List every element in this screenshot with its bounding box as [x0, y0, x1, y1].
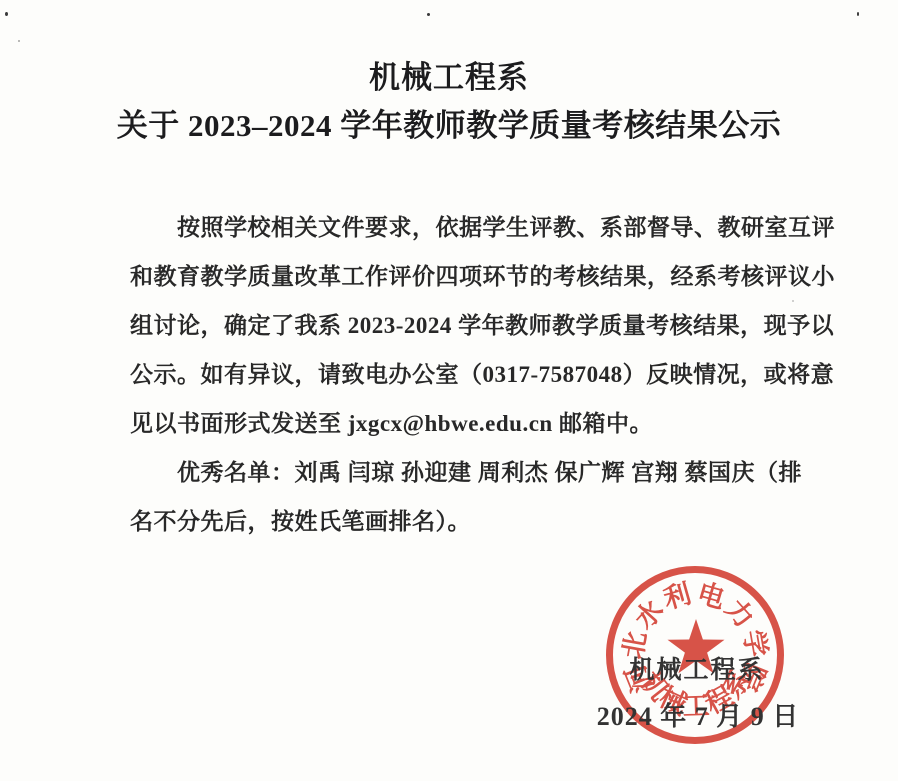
- scan-speck: [5, 12, 8, 16]
- body-text-line: 名不分先后，按姓氏笔画排名）。: [130, 497, 778, 546]
- body-text-line: 组讨论，确定了我系 2023-2024 学年教师教学质量考核结果，现予以: [130, 301, 778, 350]
- body-text-line: 按照学校相关文件要求，依据学生评教、系部督导、教研室互评: [130, 203, 778, 252]
- scan-speck: [427, 13, 430, 16]
- scan-speck: [18, 40, 20, 42]
- body-text-line: 公示。如有异议，请致电办公室（0317-7587048）反映情况，或将意: [130, 350, 778, 399]
- document-body: 按照学校相关文件要求，依据学生评教、系部督导、教研室互评和教育教学质量改革工作评…: [130, 203, 778, 546]
- document-title-subject: 关于 2023–2024 学年教师教学质量考核结果公示: [0, 100, 898, 145]
- signature-department: 机械工程系: [584, 650, 810, 686]
- document-title-department: 机械工程系: [0, 52, 898, 97]
- document-page: 机械工程系 关于 2023–2024 学年教师教学质量考核结果公示 按照学校相关…: [0, 0, 898, 781]
- scan-speck: [857, 12, 859, 16]
- body-text-line: 和教育教学质量改革工作评价四项环节的考核结果，经系考核评议小: [130, 252, 778, 301]
- body-text-line: 见以书面形式发送至 jxgcx@hbwe.edu.cn 邮箱中。: [130, 399, 778, 448]
- signature-date: 2024 年 7 月 9 日: [578, 696, 818, 733]
- body-text-line: 优秀名单：刘禹 闫琼 孙迎建 周利杰 保广辉 宫翔 蔡国庆（排: [130, 448, 778, 497]
- scan-speck: [792, 300, 794, 302]
